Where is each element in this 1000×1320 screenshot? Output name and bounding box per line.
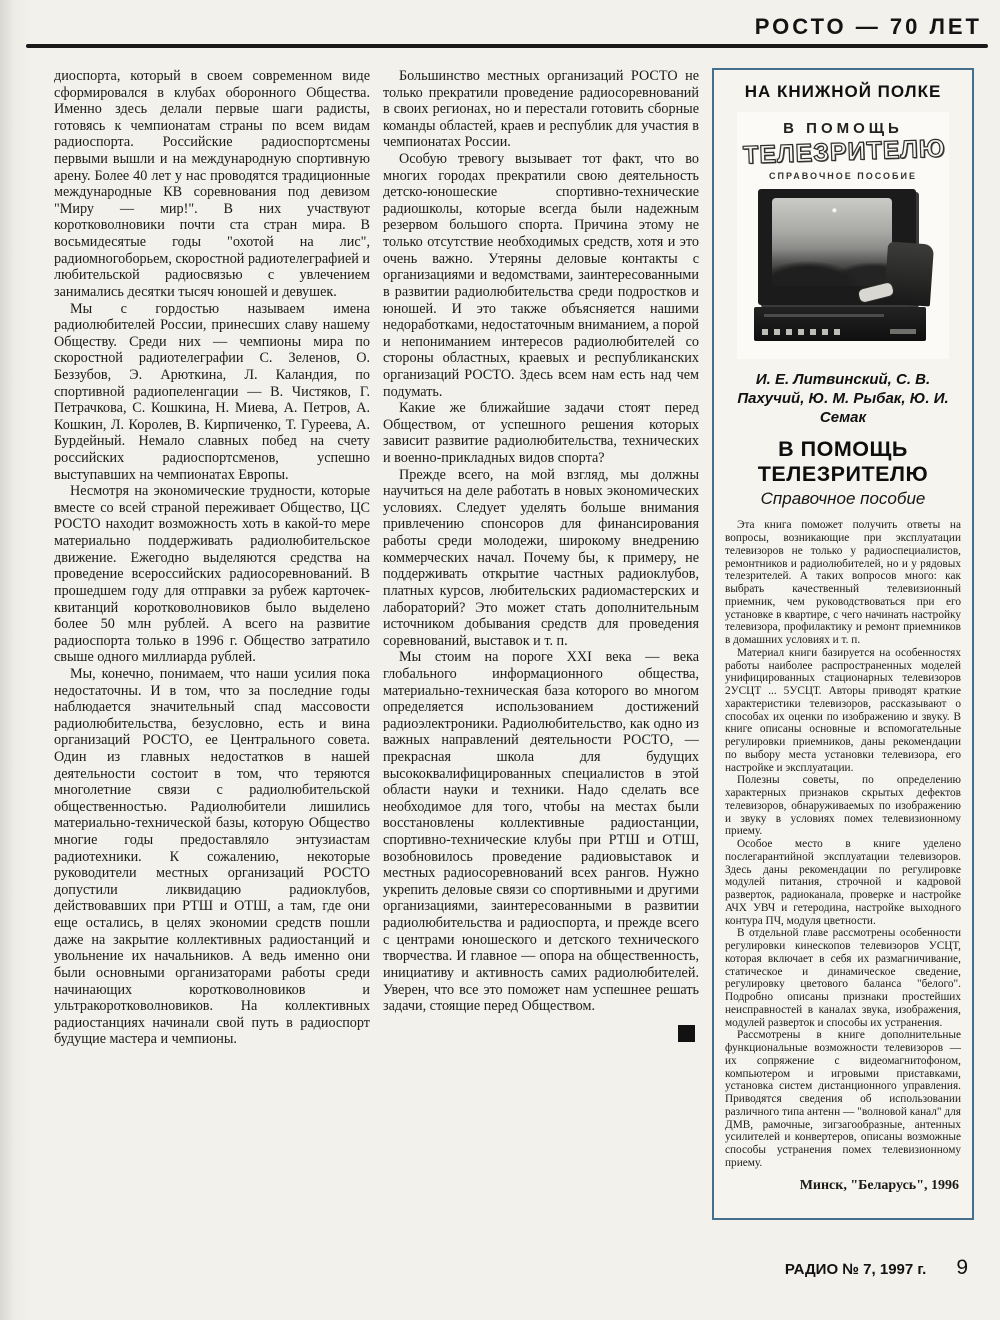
vcr-buttons xyxy=(762,329,842,335)
magazine-page: РОСТО — 70 ЛЕТ диоспорта, который в свое… xyxy=(0,0,1000,1320)
end-of-article-marker xyxy=(678,1025,695,1042)
cover-title-line2: ТЕЛЕЗРИТЕЛЮ xyxy=(743,135,944,171)
cover-subtitle: СПРАВОЧНОЕ ПОСОБИЕ xyxy=(743,171,943,181)
page-footer: РАДИО № 7, 1997 г. 9 xyxy=(0,1256,1000,1280)
cover-title-line1: В ПОМОЩЬ xyxy=(743,120,943,137)
review-paragraph: Материал книги базируется на особенностя… xyxy=(725,647,961,775)
review-paragraph: Полезны советы, по определению характерн… xyxy=(725,774,961,838)
review-paragraph: Рассмотрены в книге дополнительные функц… xyxy=(725,1029,961,1169)
review-paragraph: Эта книга поможет получить ответы на воп… xyxy=(725,519,961,647)
book-review-text: Эта книга поможет получить ответы на воп… xyxy=(725,519,961,1169)
paragraph: Мы, конечно, понимаем, что наши усилия п… xyxy=(54,666,370,1048)
paragraph: Какие же ближайшие задачи стоят перед Об… xyxy=(383,400,699,466)
paragraph: Большинство местных организаций РОСТО не… xyxy=(383,68,699,151)
review-paragraph: В отдельной главе рассмотрены особенност… xyxy=(725,927,961,1029)
book-subtitle: Справочное пособие xyxy=(725,489,961,509)
book-authors: И. Е. Литвинский, С. В. Пахучий, Ю. М. Р… xyxy=(731,371,955,427)
left-column: диоспорта, который в своем современном в… xyxy=(54,68,370,1228)
book-cover: В ПОМОЩЬ ТЕЛЕЗРИТЕЛЮ СПРАВОЧНОЕ ПОСОБИЕ xyxy=(737,112,949,359)
paragraph: Мы стоим на пороге XXI века — века глоба… xyxy=(383,649,699,1014)
page-header: РОСТО — 70 ЛЕТ xyxy=(0,0,1000,42)
tv-set-illustration xyxy=(754,189,932,349)
journal-issue-label: РАДИО № 7, 1997 г. xyxy=(785,1261,926,1278)
book-title: В ПОМОЩЬ ТЕЛЕЗРИТЕЛЮ xyxy=(725,437,961,487)
paragraph: Особую тревогу вызывает тот факт, что во… xyxy=(383,151,699,400)
section-title: РОСТО — 70 ЛЕТ xyxy=(755,14,982,39)
middle-column: Большинство местных организаций РОСТО не… xyxy=(383,68,699,1228)
publisher-line: Минск, "Беларусь", 1996 xyxy=(725,1178,961,1194)
decor-object xyxy=(884,241,934,306)
paragraph: Прежде всего, на мой взгляд, мы должны н… xyxy=(383,467,699,650)
sidebar-rubric: НА КНИЖНОЙ ПОЛКЕ xyxy=(725,82,961,102)
paragraph: Несмотря на экономические трудности, кот… xyxy=(54,483,370,666)
review-paragraph: Особое место в книге уделено послегарант… xyxy=(725,838,961,927)
paragraph: Мы с гордостью называем имена радиолюбит… xyxy=(54,301,370,484)
tv-screen xyxy=(772,198,892,286)
book-review-sidebar: НА КНИЖНОЙ ПОЛКЕ В ПОМОЩЬ ТЕЛЕЗРИТЕЛЮ СП… xyxy=(712,68,974,1220)
paragraph: диоспорта, который в своем современном в… xyxy=(54,68,370,301)
page-number: 9 xyxy=(956,1256,968,1280)
vcr-display xyxy=(890,329,916,334)
vcr-unit xyxy=(754,307,926,341)
article-body: диоспорта, который в своем современном в… xyxy=(0,48,1000,1228)
vcr-cassette-slot xyxy=(764,314,884,317)
